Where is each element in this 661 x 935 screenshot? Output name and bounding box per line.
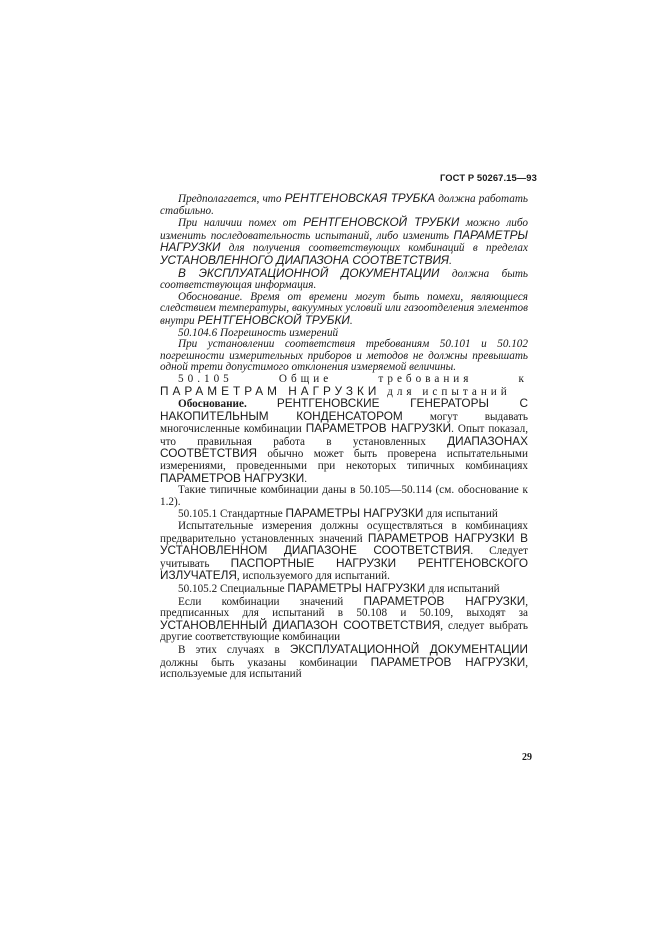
defined-term: УСТАНОВЛЕННЫЙ ДИАПАЗОН СООТВЕТСТВИЯ: [160, 618, 440, 632]
text-run: Если комбинации значений: [178, 596, 364, 608]
text-run: 50.105.1 Стандартные: [178, 508, 286, 520]
text-run: Предполагается, что: [178, 193, 285, 205]
text-run: 50.104.6 Погрешность измерений: [178, 327, 338, 339]
text-run: 50.105.2 Специальные: [178, 583, 287, 595]
text-run: .: [350, 315, 353, 327]
defined-term: ПАРАМЕТРОВ НАГРУЗКИ: [160, 471, 304, 485]
paragraph: При наличии помех от РЕНТГЕНОВСКОЙ ТРУБК…: [160, 217, 528, 267]
paragraph: Такие типичные комбинации даны в 50.105—…: [160, 485, 528, 508]
paragraph: Обоснование. Время от времени могут быть…: [160, 292, 528, 328]
paragraph: В ЭКСПЛУАТАЦИОННОЙ ДОКУМЕНТАЦИИ должна б…: [160, 268, 528, 292]
defined-term: РЕНТГЕНОВСКОЙ ТРУБКИ: [197, 313, 349, 327]
paragraph: При установлении соответствия требования…: [160, 339, 528, 374]
text-run: для испытаний: [423, 508, 497, 520]
paragraph: 50.105 Общие требования к ПАРАМЕТРАМ НАГ…: [160, 374, 528, 398]
paragraph: Обоснование. РЕНТГЕНОВСКИЕ ГЕНЕРАТОРЫ С …: [160, 398, 528, 485]
text-run: .: [449, 255, 452, 267]
paragraph: Если комбинации значений ПАРАМЕТРОВ НАГР…: [160, 596, 528, 644]
text-run: Такие типичные комбинации даны в 50.105—…: [160, 484, 528, 508]
defined-term: РЕНТГЕНОВСКАЯ ТРУБКА: [285, 191, 436, 205]
text-run: При установлении соответствия требования…: [160, 338, 528, 373]
defined-term: ПАРАМЕТРЫ НАГРУЗКИ: [286, 506, 424, 520]
paragraph: Испытательные измерения должны осуществл…: [160, 521, 528, 583]
paragraph: Предполагается, что РЕНТГЕНОВСКАЯ ТРУБКА…: [160, 193, 528, 217]
document-header: ГОСТ Р 50267.15—93: [440, 172, 537, 183]
text-run: При наличии помех от: [178, 217, 303, 229]
text-run: В этих случаях в: [178, 644, 290, 656]
text-run: .: [304, 473, 307, 485]
paragraph: В этих случаях в ЭКСПЛУАТАЦИОННОЙ ДОКУМЕ…: [160, 644, 528, 681]
defined-term: ПАРАМЕТРОВ НАГРУЗКИ: [371, 655, 526, 669]
defined-term: В ЭКСПЛУАТАЦИОННОЙ ДОКУМЕНТАЦИИ: [178, 266, 439, 280]
page-number: 29: [522, 752, 532, 763]
defined-term: ПАРАМЕТРОВ НАГРУЗКИ: [364, 594, 526, 608]
defined-term: РЕНТГЕНОВСКОЙ ТРУБКИ: [303, 215, 459, 229]
defined-term: ПАРАМЕТРОВ НАГРУЗКИ: [306, 421, 451, 435]
text-body: Предполагается, что РЕНТГЕНОВСКАЯ ТРУБКА…: [160, 193, 528, 681]
text-run: должны быть указаны комбинации: [160, 657, 371, 669]
